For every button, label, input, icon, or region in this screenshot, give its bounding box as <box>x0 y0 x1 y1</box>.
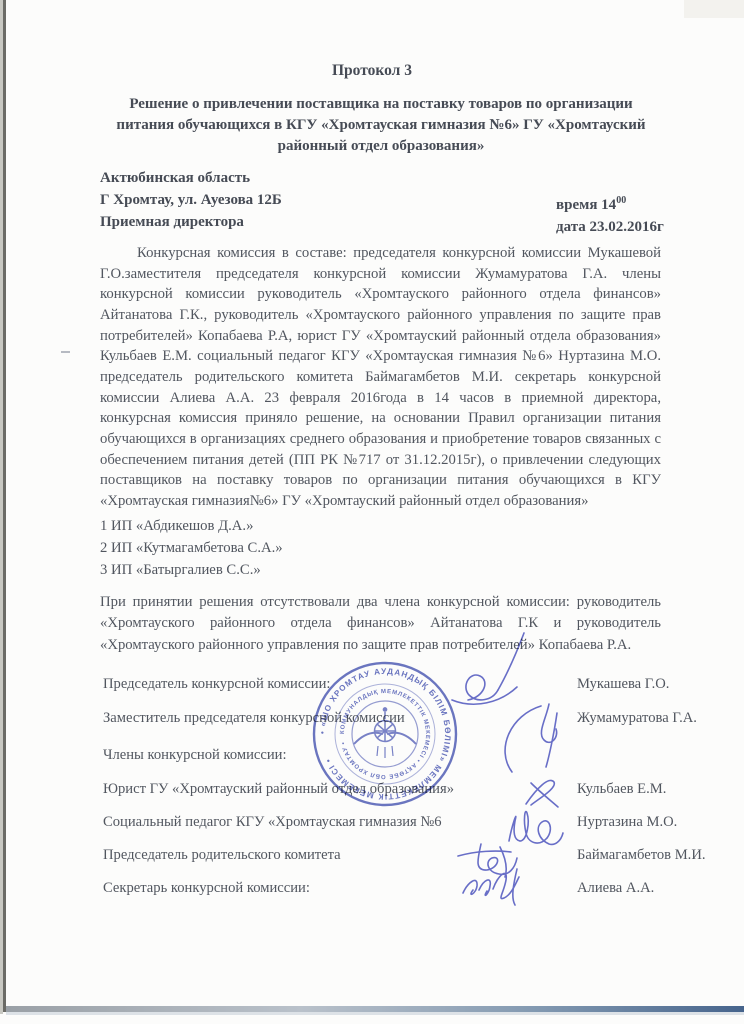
signature-row: Юрист ГУ «Хромтауский районный отдел обр… <box>103 781 723 798</box>
signature-role: Члены конкурсной комиссии: <box>103 747 287 763</box>
meta-time: время 1400 <box>556 190 664 217</box>
signature-row: Члены конкурсной комиссии: <box>103 747 723 764</box>
signature-role: Социальный педагог КГУ «Хромтауская гимн… <box>103 814 442 830</box>
signature-role: Секретарь конкурсной комиссии: <box>103 880 310 896</box>
scan-bottom-edge-glow <box>6 1012 744 1015</box>
signature-name: Нуртазина М.О. <box>577 814 677 831</box>
signature-name: Алиева А.А. <box>577 880 654 897</box>
signature-role: Председатель родительского комитета <box>103 847 341 863</box>
signature-row: Председатель родительского комитета Байм… <box>103 847 723 864</box>
signature-row: Социальный педагог КГУ «Хромтауская гимн… <box>103 814 723 831</box>
meta-date: дата 23.02.2016г <box>556 219 664 235</box>
supplier-item: 1 ИП «Абдикешов Д.А.» <box>100 515 500 537</box>
stamp-mid-ring <box>335 684 435 784</box>
signature-name: Баймагамбетов М.И. <box>577 847 706 864</box>
meta-right-block: время 1400 дата 23.02.2016г <box>556 168 664 238</box>
main-paragraph: Конкурсная комиссия в составе: председат… <box>100 243 661 512</box>
signature-row: Председатель конкурсной комиссии: Мукаше… <box>103 676 723 693</box>
absent-members-paragraph: При принятии решения отсутствовали два ч… <box>100 592 661 656</box>
supplier-item: 2 ИП «Кутмагамбетова С.А.» <box>100 537 500 559</box>
signature-role: Председатель конкурсной комиссии: <box>103 676 330 692</box>
scanned-document-page: Протокол 3 Решение о привлечении поставщ… <box>0 0 744 1024</box>
meta-time-superscript: 00 <box>616 195 626 206</box>
scan-corner-smudge <box>684 0 744 18</box>
supplier-list: 1 ИП «Абдикешов Д.А.» 2 ИП «Кутмагамбето… <box>100 515 500 581</box>
signature-row: Заместитель председателя конкурсной коми… <box>103 710 723 727</box>
document-title: Протокол 3 <box>0 62 744 80</box>
signature-role: Заместитель председателя конкурсной коми… <box>103 710 405 726</box>
stamp-ring-text-inner: КОММУНАЛДЫҚ МЕМЛЕКЕТТІК МЕКЕМЕСІ • АҚТӨБ… <box>340 689 430 779</box>
meta-time-label: время 14 <box>556 197 616 213</box>
margin-dash-mark <box>61 351 70 353</box>
signature-role: Юрист ГУ «Хромтауский районный отдел обр… <box>103 781 454 797</box>
svg-text:КОММУНАЛДЫҚ МЕМЛЕКЕТТІК МЕКЕМЕ: КОММУНАЛДЫҚ МЕМЛЕКЕТТІК МЕКЕМЕСІ • АҚТӨБ… <box>340 689 430 779</box>
signature-row: Секретарь конкурсной комиссии: Алиева А.… <box>103 880 723 897</box>
scan-left-edge <box>3 0 6 1012</box>
signature-name: Жумамуратова Г.А. <box>577 710 697 727</box>
document-subtitle: Решение о привлечении поставщика на пост… <box>100 94 662 157</box>
supplier-item: 3 ИП «Батыргалиев С.С.» <box>100 559 500 581</box>
signature-name: Кульбаев Е.М. <box>577 781 666 798</box>
signature-name: Мукашева Г.О. <box>577 676 669 693</box>
